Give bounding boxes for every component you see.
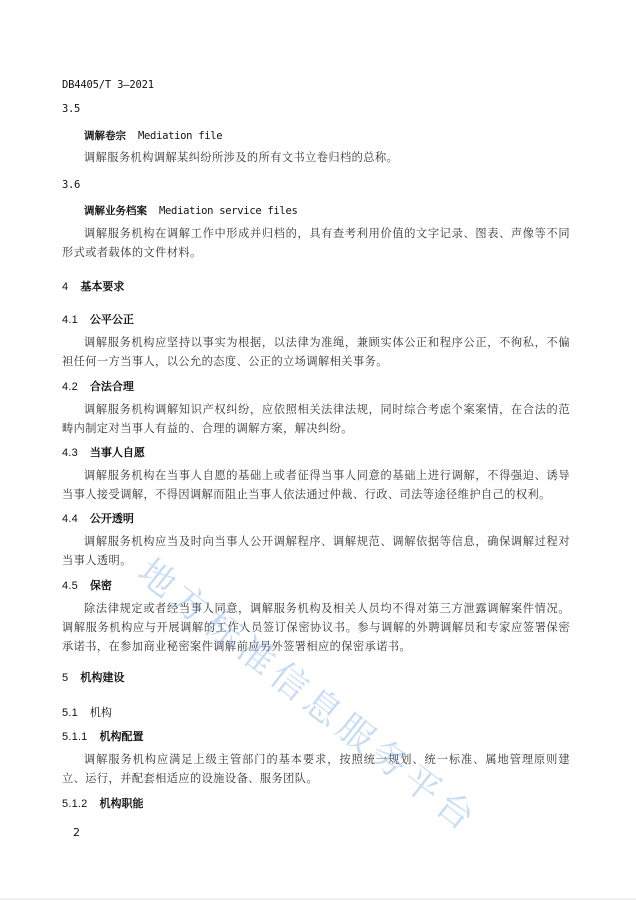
clause-heading-5-1-2: 5.1.2机构职能 xyxy=(62,795,143,811)
clause-number-3-6: 3.6 xyxy=(62,179,80,191)
clause-body-4-4: 调解服务机构应当及时向当事人公开调解程序、调解规范、调解依据等信息，确保调解过程… xyxy=(62,532,570,570)
clause-body-4-5: 除法律规定或者经当事人同意，调解服务机构及相关人员均不得对第三方泄露调解案件情况… xyxy=(62,599,570,656)
clause-heading-4-2: 4.2合法合理 xyxy=(62,378,134,394)
page-number: 2 xyxy=(73,826,80,839)
clause-heading-4-4: 4.4公开透明 xyxy=(62,510,134,526)
clause-body-5-1-1: 调解服务机构应满足上级主管部门的基本要求，按照统一规划、统一标准、属地管理原则建… xyxy=(62,750,570,788)
clause-number-3-5: 3.5 xyxy=(62,103,80,115)
definition-3-5: 调解服务机构调解某纠纷所涉及的所有文书立卷归档的总称。 xyxy=(62,148,570,167)
clause-heading-4-5: 4.5保密 xyxy=(62,577,112,593)
clause-body-4-2: 调解服务机构调解知识产权纠纷，应依照相关法律法规，同时综合考虑个案案情，在合法的… xyxy=(62,400,570,438)
term-en: Mediation service files xyxy=(159,205,298,217)
term-mediation-service-files: 调解业务档案Mediation service files xyxy=(84,203,298,218)
term-en: Mediation file xyxy=(138,130,222,142)
term-zh: 调解卷宗 xyxy=(84,130,126,142)
clause-body-4-3: 调解服务机构在当事人自愿的基础上或者征得当事人同意的基础上进行调解，不得强迫、诱… xyxy=(62,466,570,504)
standard-code: DB4405/T 3—2021 xyxy=(62,79,154,91)
watermark: 地方标准信息服务平台 xyxy=(129,545,491,844)
clause-body-4-1: 调解服务机构应坚持以事实为根据，以法律为准绳，兼顾实体公正和程序公正，不徇私，不… xyxy=(62,333,570,371)
term-zh: 调解业务档案 xyxy=(84,205,147,217)
document-page: DB4405/T 3—2021 3.5 调解卷宗Mediation file 调… xyxy=(0,0,636,900)
clause-heading-5-1-1: 5.1.1机构配置 xyxy=(62,728,143,744)
clause-heading-4-1: 4.1公平公正 xyxy=(62,311,134,327)
section-heading-5: 5机构建设 xyxy=(62,669,124,685)
clause-heading-5-1: 5.1机构 xyxy=(62,704,112,720)
clause-heading-4-3: 4.3当事人自愿 xyxy=(62,444,145,460)
term-mediation-file: 调解卷宗Mediation file xyxy=(84,128,222,143)
section-heading-4: 4基本要求 xyxy=(62,278,124,294)
definition-3-6: 调解服务机构在调解工作中形成并归档的，具有查考利用价值的文字记录、图表、声像等不… xyxy=(62,224,570,262)
